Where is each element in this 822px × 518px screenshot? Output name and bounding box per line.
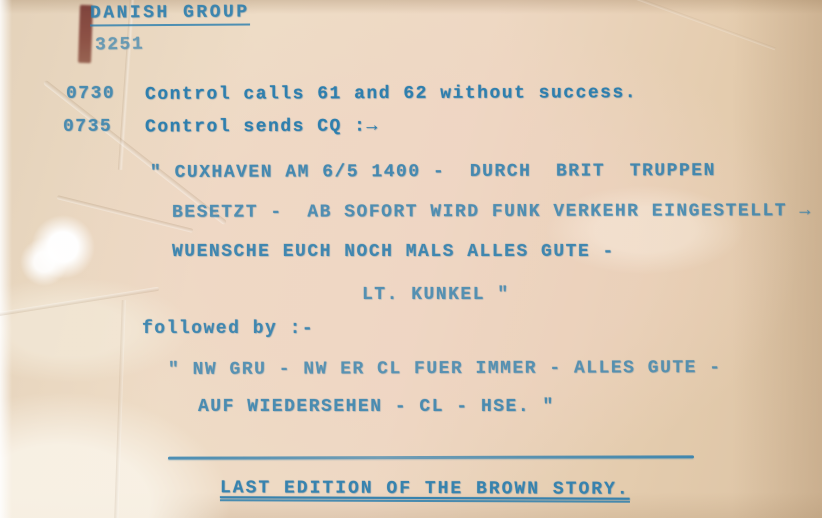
farewell-message-line: " NW GRU - NW ER CL FUER IMMER - ALLES G…: [168, 358, 722, 380]
broadcast-message-line: " CUXHAVEN AM 6/5 1400 - DURCH BRIT TRUP…: [150, 161, 716, 183]
log-entry: Control sends CQ :→: [145, 117, 379, 138]
footer-title: LAST EDITION OF THE BROWN STORY.: [220, 478, 630, 502]
broadcast-signature: LT. KUNKEL ": [362, 285, 510, 305]
log-time: 0730: [66, 84, 115, 104]
log-entry: Control calls 61 and 62 without success.: [145, 83, 637, 105]
farewell-message-line: AUF WIEDERSEHEN - CL - HSE. ": [198, 397, 555, 417]
followed-by-label: followed by :-: [142, 319, 314, 339]
log-time: 0735: [63, 117, 112, 137]
scanned-telegram-document: DANISH GROUP 3251 0730 Control calls 61 …: [0, 0, 822, 518]
broadcast-message-line: BESETZT - AB SOFORT WIRD FUNK VERKEHR EI…: [172, 201, 812, 223]
document-title: DANISH GROUP: [90, 2, 250, 26]
serial-number: 3251: [95, 35, 145, 56]
broadcast-message-line: WUENSCHE EUCH NOCH MALS ALLES GUTE -: [172, 242, 615, 262]
